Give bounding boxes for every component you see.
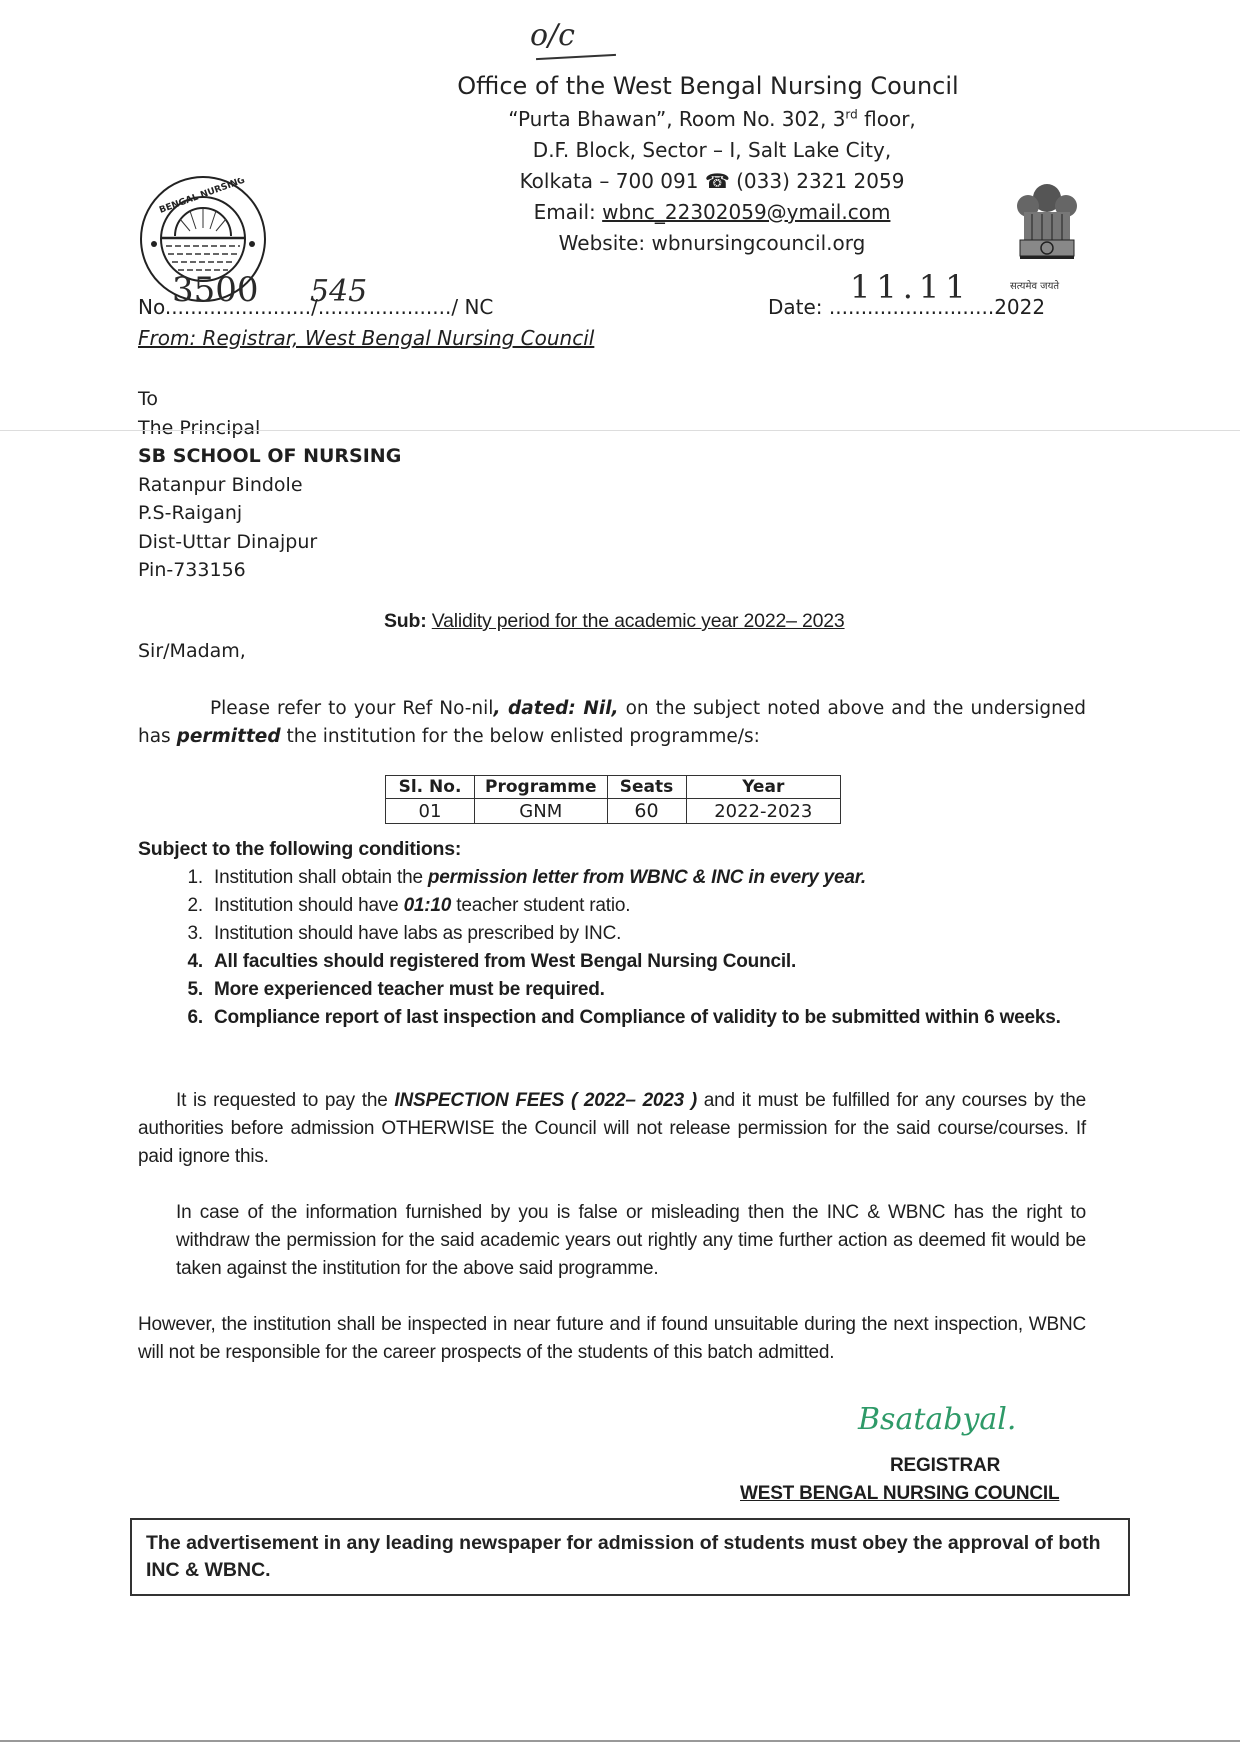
recipient-address-line: Ratanpur Bindole xyxy=(138,471,401,500)
header-programme: Programme xyxy=(475,776,608,799)
address-superscript: rd xyxy=(845,107,857,121)
letterhead-address-line2: D.F. Block, Sector – I, Salt Lake City, xyxy=(92,138,1240,162)
scan-fold-line xyxy=(0,430,1240,431)
condition-text: Institution should have labs as prescrib… xyxy=(214,923,621,944)
condition-tail: teacher student ratio. xyxy=(451,895,630,916)
recipient-designation: The Principal xyxy=(138,414,401,443)
letterhead-title: Office of the West Bengal Nursing Counci… xyxy=(88,72,1240,100)
no-label: No. xyxy=(138,295,171,319)
programme-table: Sl. No. Programme Seats Year 01 GNM 60 2… xyxy=(385,775,841,824)
cell-seats: 60 xyxy=(607,799,686,824)
condition-item: Compliance report of last inspection and… xyxy=(208,1004,1088,1032)
conditions-heading: Subject to the following conditions: xyxy=(138,838,461,861)
recipient-address-line: Pin-733156 xyxy=(138,556,401,585)
cell-sl-no: 01 xyxy=(386,799,475,824)
nc-suffix: / NC xyxy=(451,295,493,319)
intro-paragraph: Please refer to your Ref No-nil, dated: … xyxy=(138,695,1086,751)
to-label: To xyxy=(138,385,401,414)
subject-text: Validity period for the academic year 20… xyxy=(432,610,845,632)
letterhead-address-line1: “Purta Bhawan”, Room No. 302, 3rd floor, xyxy=(92,107,1240,131)
signatory-organization: WEST BENGAL NURSING COUNCIL xyxy=(740,1483,1059,1505)
condition-text: Institution shall obtain the xyxy=(214,867,428,888)
website-label: Website: xyxy=(559,231,645,255)
condition-emphasis: permission letter from WBNC & INC in eve… xyxy=(428,867,866,888)
handwritten-memo-number: 3500 xyxy=(172,270,259,310)
intro-permitted: permitted xyxy=(177,726,281,747)
condition-emphasis: 01:10 xyxy=(404,895,452,916)
intro-text-tail: the institution for the below enlisted p… xyxy=(281,726,760,747)
condition-item: Institution should have labs as prescrib… xyxy=(208,920,1088,948)
condition-text: All faculties should registered from Wes… xyxy=(214,951,796,972)
condition-item: Institution should have 01:10 teacher st… xyxy=(208,892,1088,920)
header-sl-no: Sl. No. xyxy=(386,776,475,799)
date-label: Date: xyxy=(768,295,823,319)
fees-text: It is requested to pay the xyxy=(176,1090,394,1111)
intro-dated: , dated: Nil, xyxy=(493,698,618,719)
date-year: 2022 xyxy=(994,295,1045,319)
signatory-title: REGISTRAR xyxy=(890,1455,1000,1477)
website-link[interactable]: wbnursingcouncil.org xyxy=(652,231,866,255)
condition-text: More experienced teacher must be require… xyxy=(214,979,605,1000)
emblem-graphic xyxy=(1012,176,1082,276)
intro-ref: Please refer to your Ref No-nil xyxy=(210,698,493,719)
from-line: From: Registrar, West Bengal Nursing Cou… xyxy=(138,326,594,350)
condition-item: Institution shall obtain the permission … xyxy=(208,864,1088,892)
subject-label: Sub: xyxy=(384,610,427,632)
salutation: Sir/Madam, xyxy=(138,640,246,662)
recipient-block: To The Principal SB SCHOOL OF NURSING Ra… xyxy=(138,385,401,585)
header-year: Year xyxy=(686,776,840,799)
city-pin: Kolkata – 700 091 xyxy=(520,169,699,193)
scan-bottom-edge xyxy=(0,1740,1240,1742)
telephone-icon: ☎ xyxy=(705,169,730,193)
advertisement-notice-box: The advertisement in any leading newspap… xyxy=(130,1518,1130,1596)
email-label: Email: xyxy=(534,200,596,224)
condition-item: All faculties should registered from Wes… xyxy=(208,948,1088,976)
registrar-signature: Bsatabyal. xyxy=(858,1402,1016,1437)
fees-emphasis: INSPECTION FEES ( 2022– 2023 ) xyxy=(394,1090,697,1111)
misleading-paragraph: In case of the information furnished by … xyxy=(176,1199,1086,1283)
address-line1-tail: floor, xyxy=(858,107,916,131)
conditions-list-wrapper: Institution shall obtain the permission … xyxy=(138,864,1088,1032)
table-header-row: Sl. No. Programme Seats Year xyxy=(386,776,841,799)
condition-item: More experienced teacher must be require… xyxy=(208,976,1088,1004)
fees-paragraph: It is requested to pay the INSPECTION FE… xyxy=(138,1087,1086,1171)
handwritten-top-mark: o/c xyxy=(530,18,575,53)
subject-line: Sub: Validity period for the academic ye… xyxy=(384,610,845,633)
programme-table-wrapper: Sl. No. Programme Seats Year 01 GNM 60 2… xyxy=(385,775,841,824)
emblem-motto: सत्यमेव जयते xyxy=(1010,278,1059,292)
conditions-list: Institution shall obtain the permission … xyxy=(138,864,1088,1032)
header-seats: Seats xyxy=(607,776,686,799)
table-row: 01 GNM 60 2022-2023 xyxy=(386,799,841,824)
condition-text: Compliance report of last inspection and… xyxy=(214,1007,1061,1028)
cell-programme: GNM xyxy=(475,799,608,824)
handwritten-sub-number: 545 xyxy=(310,274,367,309)
condition-text: Institution should have xyxy=(214,895,404,916)
phone-number: (033) 2321 2059 xyxy=(736,169,904,193)
address-line1-text: “Purta Bhawan”, Room No. 302, 3 xyxy=(508,107,845,131)
inspection-paragraph: However, the institution shall be inspec… xyxy=(138,1311,1086,1367)
cell-year: 2022-2023 xyxy=(686,799,840,824)
recipient-institution: SB SCHOOL OF NURSING xyxy=(138,442,401,471)
handwritten-date: 11.11 xyxy=(850,268,972,306)
recipient-address-line: Dist-Uttar Dinajpur xyxy=(138,528,401,557)
top-mark-underline xyxy=(536,54,616,60)
recipient-address-line: P.S-Raiganj xyxy=(138,499,401,528)
email-link[interactable]: wbnc_22302059@ymail.com xyxy=(602,200,890,224)
national-emblem-icon xyxy=(1012,176,1082,276)
